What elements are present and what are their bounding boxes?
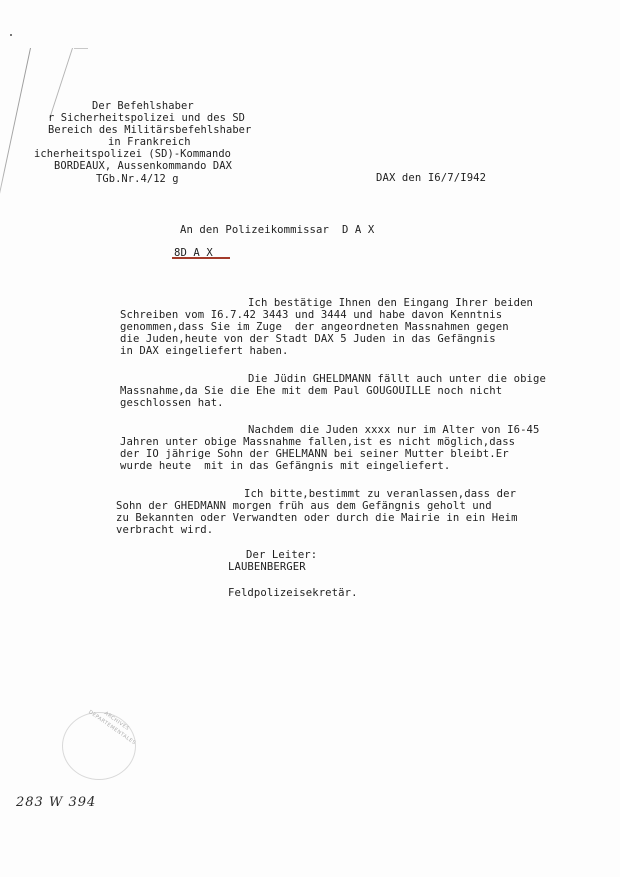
body-line: geschlossen hat. bbox=[120, 397, 224, 409]
letterhead-line: r Sicherheitspolizei und des SD bbox=[48, 112, 245, 124]
body-line: genommen,dass Sie im Zuge der angeordnet… bbox=[120, 321, 509, 333]
date-line: DAX den I6/7/I942 bbox=[376, 172, 486, 184]
paper-fold-edge-inner bbox=[49, 48, 73, 118]
body-line: Ich bestätige Ihnen den Eingang Ihrer be… bbox=[248, 297, 533, 309]
letterhead-line: in Frankreich bbox=[108, 136, 191, 148]
archive-stamp-text: ARCHIVES DEPARTEMENTALES bbox=[52, 697, 149, 792]
body-line: in DAX eingeliefert haben. bbox=[120, 345, 288, 357]
body-line: die Juden,heute von der Stadt DAX 5 Jude… bbox=[120, 333, 496, 345]
letterhead-line: icherheitspolizei (SD)-Kommando bbox=[34, 148, 231, 160]
reference-number: TGb.Nr.4/12 g bbox=[96, 173, 179, 185]
body-line: Ich bitte,bestimmt zu veranlassen,dass d… bbox=[244, 488, 516, 500]
body-line: Schreiben vom I6.7.42 3443 und 3444 und … bbox=[120, 309, 502, 321]
body-line: zu Bekannten oder Verwandten oder durch … bbox=[116, 512, 518, 524]
signature-title: Der Leiter: bbox=[246, 549, 317, 561]
handwritten-archive-number: 283 W 394 bbox=[16, 795, 96, 810]
paper-fold-edge bbox=[0, 48, 31, 248]
body-line: Jahren unter obige Massnahme fallen,ist … bbox=[120, 436, 515, 448]
body-line: Sohn der GHEDMANN morgen früh aus dem Ge… bbox=[116, 500, 492, 512]
signature-name: LAUBENBERGER bbox=[228, 561, 306, 573]
body-line: Nachdem die Juden xxxx nur im Alter von … bbox=[248, 424, 540, 436]
body-line: verbracht wird. bbox=[116, 524, 213, 536]
body-line: wurde heute mit in das Gefängnis mit ein… bbox=[120, 460, 450, 472]
letterhead-line: Bereich des Militärsbefehlshaber bbox=[48, 124, 251, 136]
body-line: Massnahme,da Sie die Ehe mit dem Paul GO… bbox=[120, 385, 502, 397]
recipient-line: An den Polizeikommissar D A X bbox=[180, 224, 374, 236]
speck bbox=[10, 34, 12, 36]
paper-fold-top bbox=[74, 48, 88, 49]
letterhead-line: BORDEAUX, Aussenkommando DAX bbox=[54, 160, 232, 172]
recipient-underline bbox=[172, 257, 230, 259]
body-line: der IO jährige Sohn der GHELMANN bei sei… bbox=[120, 448, 509, 460]
document-page: Der Befehlshaber r Sicherheitspolizei un… bbox=[0, 0, 620, 877]
body-line: Die Jüdin GHELDMANN fällt auch unter die… bbox=[248, 373, 546, 385]
letterhead-line: Der Befehlshaber bbox=[92, 100, 194, 112]
signature-rank: Feldpolizeisekretär. bbox=[228, 587, 358, 599]
